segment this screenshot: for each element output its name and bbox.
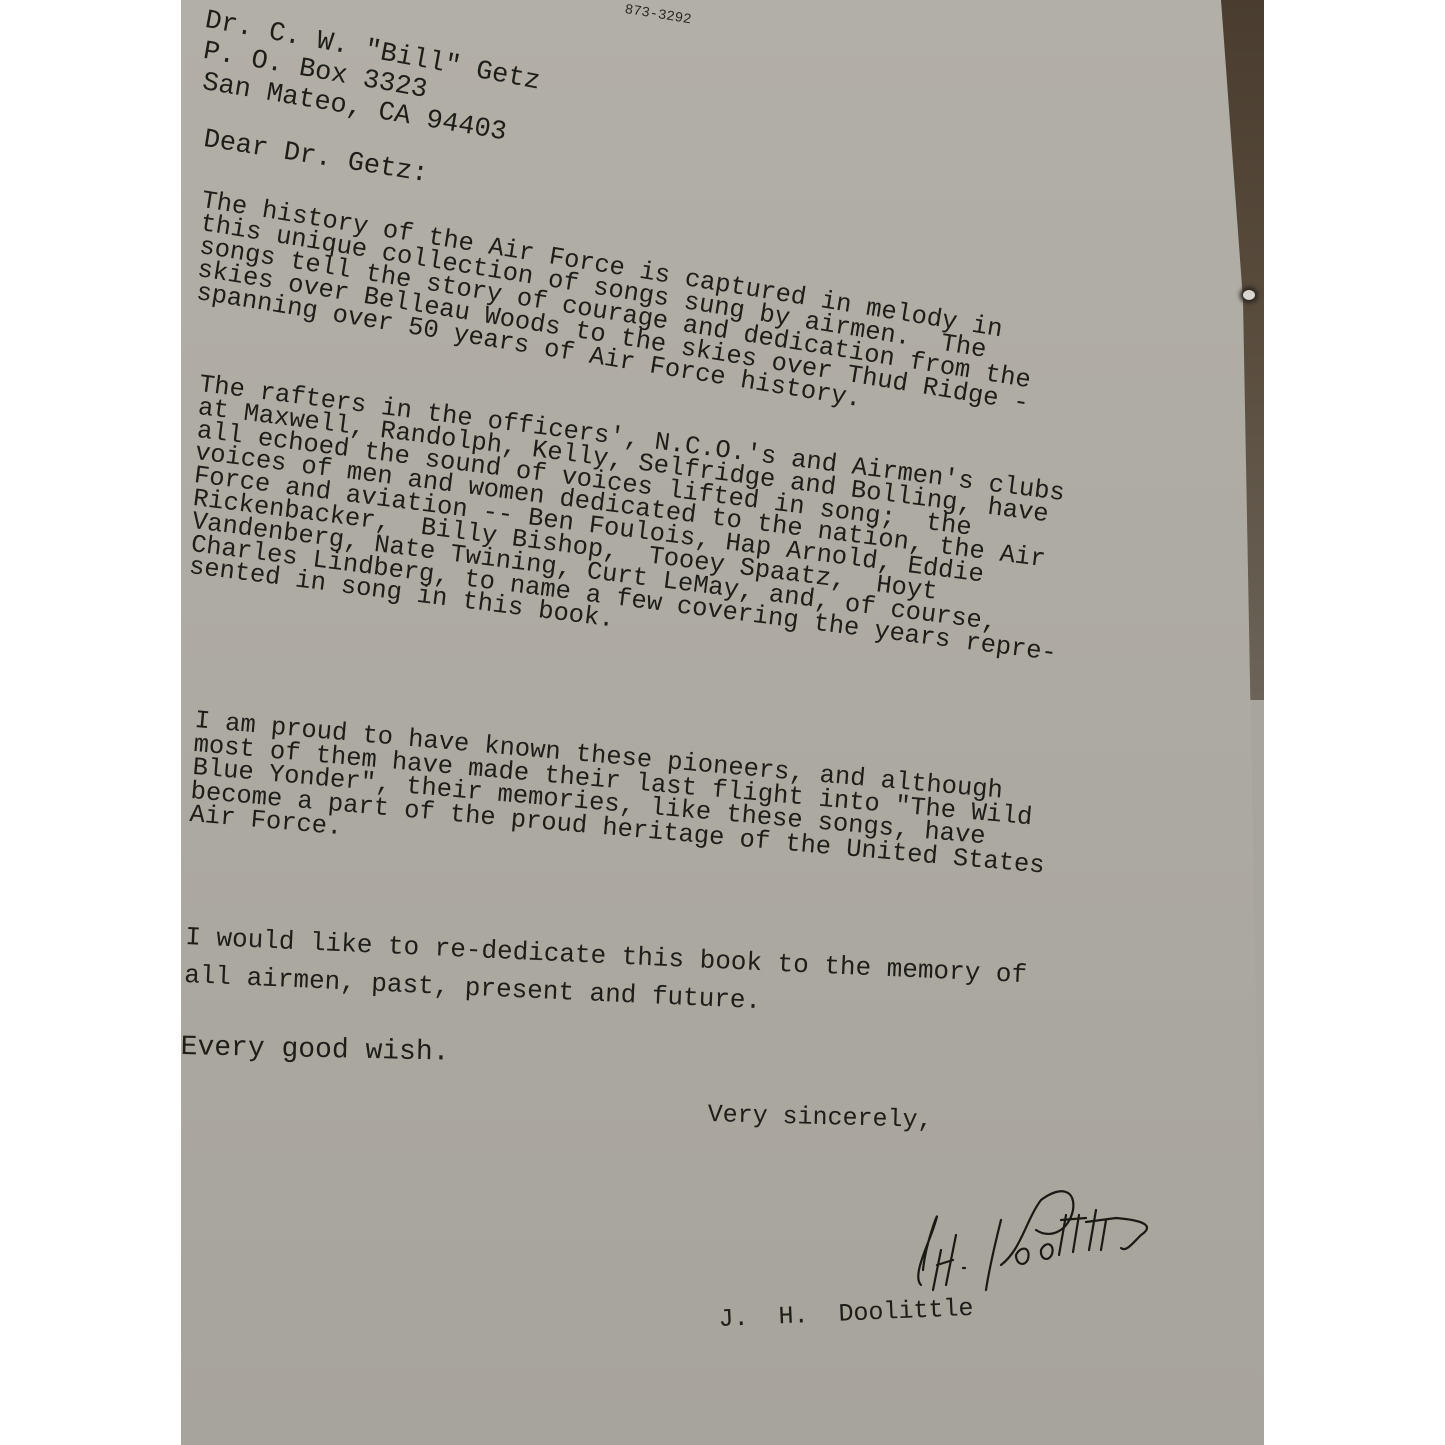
paragraph-5-line: Every good wish. <box>181 1032 450 1069</box>
letter-photo: 873-3292 Dr. C. W. "Bill" GetzP. O. Box … <box>181 0 1264 1445</box>
pin-icon <box>1243 290 1255 300</box>
closing: Very sincerely, <box>707 1100 933 1135</box>
handwritten-signature <box>901 1180 1191 1310</box>
